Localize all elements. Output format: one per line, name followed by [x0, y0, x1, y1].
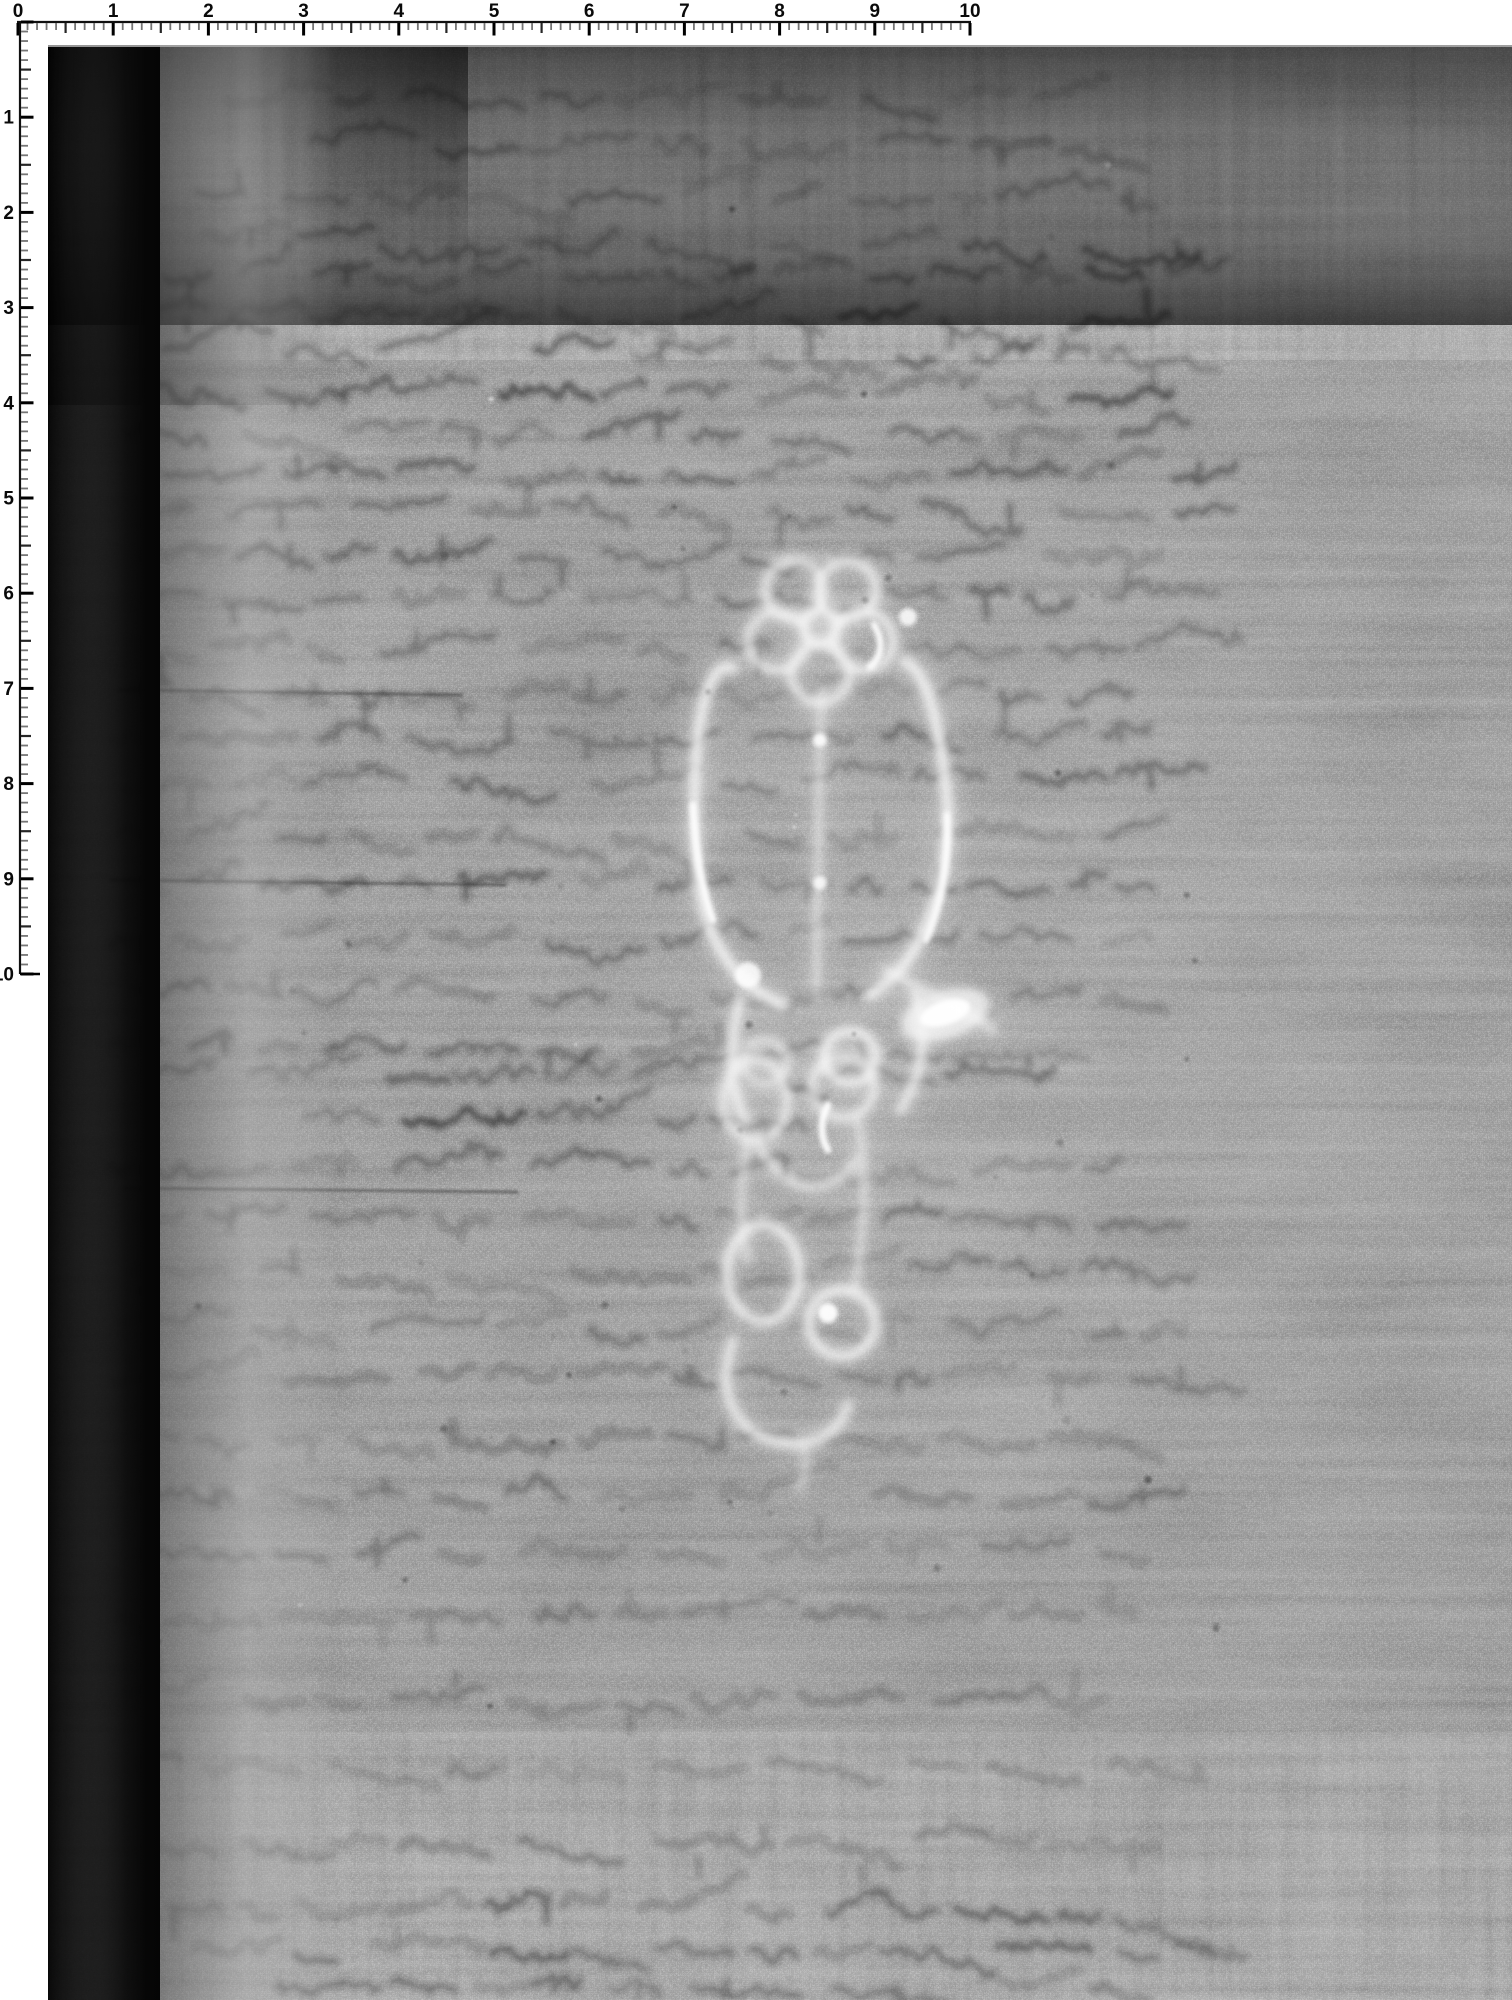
script-word — [388, 1075, 448, 1082]
script-word — [155, 504, 192, 513]
script-word — [618, 1703, 680, 1732]
script-word — [950, 85, 1012, 101]
watermark-shape — [727, 1225, 799, 1321]
watermark-shape — [813, 876, 827, 890]
watermark-shape — [824, 1031, 876, 1083]
script-word — [832, 1067, 879, 1078]
script-word — [618, 1594, 667, 1619]
watermark-glow — [695, 561, 997, 1489]
script-word — [1100, 1586, 1136, 1617]
script-word — [226, 82, 328, 106]
script-word — [1050, 1374, 1096, 1405]
script-word — [1071, 872, 1106, 887]
watermark-shape — [818, 561, 876, 619]
fleck — [990, 1825, 993, 1828]
script-word — [679, 1595, 796, 1618]
horizontal-fiber-streaks — [48, 45, 1512, 2000]
script-word — [886, 585, 948, 599]
script-word — [613, 835, 718, 871]
watermark-shape — [805, 612, 835, 642]
script-word — [558, 1051, 618, 1079]
watermark-shape — [809, 1290, 875, 1356]
script-word — [391, 1978, 456, 1992]
fleck — [1055, 770, 1061, 776]
script-word — [1026, 832, 1073, 841]
fleck — [1063, 1416, 1071, 1424]
script-word — [786, 319, 822, 352]
script-word — [285, 455, 383, 478]
script-word — [395, 540, 491, 564]
fleck — [552, 1334, 556, 1338]
script-word — [718, 597, 765, 607]
script-word — [830, 815, 896, 848]
script-word — [840, 305, 918, 319]
script-word — [1003, 1491, 1077, 1508]
watermark-shape — [900, 995, 922, 1110]
script-word — [1080, 450, 1161, 478]
watermark-shape — [816, 690, 822, 993]
script-word — [205, 1761, 298, 1777]
script-word — [640, 1857, 747, 1911]
ruler-left-number: 9 — [3, 869, 14, 890]
script-word — [507, 1475, 566, 1499]
script-word — [260, 1042, 298, 1051]
watermark-shape — [695, 667, 783, 1005]
script-word — [396, 1143, 500, 1170]
watermark-shape — [809, 1290, 875, 1356]
script-word — [533, 989, 605, 1006]
script-word — [791, 1324, 861, 1341]
script-word — [191, 1031, 231, 1051]
script-word — [1055, 337, 1089, 358]
script-word — [848, 507, 893, 521]
script-word — [1060, 510, 1151, 521]
script-word — [950, 195, 985, 215]
fleck — [619, 1506, 624, 1511]
fleck — [728, 1500, 733, 1505]
script-word — [1035, 75, 1107, 98]
script-word — [249, 1055, 359, 1079]
script-word — [848, 877, 881, 893]
watermark-shape — [798, 1445, 806, 1489]
script-word — [940, 321, 1032, 353]
script-word — [338, 95, 371, 105]
script-word — [714, 992, 822, 1013]
script-word — [910, 1253, 991, 1272]
watermark-shape — [870, 662, 947, 995]
script-word — [972, 138, 1050, 163]
script-word — [719, 1209, 800, 1230]
script-word — [824, 1246, 899, 1266]
script-word — [661, 1217, 696, 1230]
script-word — [951, 462, 1067, 476]
script-word — [877, 371, 977, 394]
watermark-shape — [917, 994, 974, 1033]
fleck — [1108, 462, 1115, 469]
script-word — [916, 1825, 1034, 1845]
script-word — [974, 1160, 1071, 1173]
center-light-patch — [48, 45, 1512, 2000]
fleck — [155, 1639, 161, 1645]
script-word — [1070, 389, 1172, 406]
watermark-shape — [886, 970, 993, 1030]
script-word — [538, 1049, 598, 1077]
fleck — [933, 1564, 940, 1571]
watermark-shape — [741, 1138, 748, 1260]
script-word — [146, 383, 246, 409]
script-word — [198, 1438, 249, 1456]
script-word — [235, 767, 299, 784]
watermark-shape — [926, 815, 947, 940]
watermark-shape — [854, 1120, 864, 1293]
script-word — [648, 239, 754, 274]
script-word — [241, 1904, 276, 1920]
fleck — [489, 1435, 493, 1439]
watermark-shape — [835, 612, 893, 670]
watermark-shape — [835, 612, 893, 670]
watermark-shape — [695, 667, 783, 1005]
fleck — [768, 1511, 773, 1516]
script-word — [401, 694, 472, 722]
script-word — [229, 501, 320, 528]
script-word — [1084, 248, 1200, 265]
bottom-left-corner-shadow — [48, 45, 468, 405]
script-word — [791, 918, 827, 932]
script-word — [603, 546, 723, 568]
script-word — [277, 683, 324, 703]
script-word — [963, 242, 1046, 267]
script-word — [162, 319, 271, 350]
fleck — [862, 597, 869, 604]
watermark-shape — [765, 561, 823, 619]
script-word — [536, 1605, 594, 1622]
script-word — [746, 1308, 779, 1323]
script-word — [1177, 505, 1234, 517]
script-word — [1176, 1941, 1247, 1959]
ruler-top-number: 0 — [13, 1, 24, 22]
script-word — [527, 229, 618, 254]
script-word — [405, 88, 524, 110]
script-word — [913, 868, 956, 893]
fleck — [438, 195, 444, 201]
script-word — [978, 1969, 1081, 1988]
fleck — [260, 596, 263, 599]
script-word — [477, 1984, 525, 1991]
script-word — [572, 1950, 646, 1971]
fleck — [1193, 959, 1198, 964]
watermark-shape — [791, 645, 849, 703]
fleck — [885, 575, 892, 582]
script-word — [664, 271, 698, 286]
script-word — [138, 1430, 178, 1439]
fleck — [1185, 1057, 1189, 1061]
script-word — [109, 1165, 216, 1178]
script-word — [448, 1765, 504, 1778]
script-word — [635, 340, 730, 363]
script-word — [655, 730, 717, 746]
script-word — [760, 385, 844, 402]
script-word — [774, 592, 863, 619]
fleck — [402, 1577, 407, 1582]
script-word — [1051, 1673, 1105, 1713]
script-word — [298, 225, 374, 235]
script-word — [979, 928, 1071, 941]
watermark-shape — [816, 690, 822, 993]
script-word — [435, 1215, 488, 1241]
script-word — [1025, 595, 1073, 613]
watermark-shape — [723, 1060, 787, 1140]
script-word — [509, 1698, 604, 1718]
light-fleck — [298, 1603, 301, 1606]
script-word — [495, 826, 606, 866]
fleck — [118, 1602, 120, 1604]
script-word — [798, 1169, 902, 1184]
watermark-shape — [760, 1145, 856, 1187]
script-word — [1104, 723, 1150, 742]
script-word — [666, 1427, 724, 1450]
script-word — [191, 861, 241, 880]
script-word — [852, 199, 930, 207]
script-word — [278, 835, 325, 842]
watermark-shape — [743, 1040, 787, 1084]
script-word — [939, 822, 1020, 834]
script-word — [183, 732, 296, 744]
script-word — [754, 459, 824, 475]
script-word — [326, 1037, 405, 1051]
script-word — [1102, 995, 1165, 1012]
script-word — [492, 1949, 567, 1961]
fleck — [441, 1426, 448, 1433]
fleck — [788, 515, 791, 518]
ruler-top-number: 10 — [959, 1, 980, 22]
fleck — [550, 1439, 555, 1444]
script-word — [743, 141, 846, 161]
script-word — [1062, 148, 1146, 170]
fleck — [1090, 593, 1094, 597]
watermark-shape — [870, 625, 880, 667]
fleck — [994, 1175, 998, 1179]
fleck — [137, 1287, 145, 1295]
ruler-left-number: 6 — [3, 584, 14, 605]
ink-flecks — [118, 162, 1220, 1922]
script-word — [302, 765, 406, 786]
script-word — [839, 1373, 881, 1382]
script-word — [806, 353, 883, 378]
script-word — [1069, 684, 1131, 705]
handwriting-layer — [109, 75, 1247, 2000]
script-word — [535, 334, 613, 354]
hairline — [118, 690, 463, 695]
script-word — [865, 96, 936, 121]
script-word — [742, 558, 824, 574]
script-word — [600, 472, 638, 483]
fleck — [558, 883, 563, 888]
watermark-shape — [732, 1000, 745, 1120]
script-word — [657, 1763, 745, 1775]
light-fleck — [488, 396, 493, 401]
script-word — [1105, 932, 1151, 944]
script-word — [844, 931, 957, 942]
ruler-left: 12345678910 — [0, 22, 40, 986]
script-word — [472, 485, 538, 515]
script-word — [508, 469, 587, 488]
watermark-shape — [748, 612, 806, 670]
script-word — [772, 437, 847, 453]
script-word — [1091, 1328, 1124, 1337]
script-word — [168, 1904, 221, 1937]
fleck — [737, 1127, 743, 1133]
ruler-left-number: 1 — [3, 108, 14, 129]
script-word — [584, 859, 646, 887]
script-word — [864, 227, 937, 247]
script-word — [140, 1843, 214, 1856]
script-word — [1092, 1983, 1151, 2000]
script-word — [1105, 567, 1218, 599]
script-word — [532, 1148, 650, 1167]
script-word — [395, 589, 466, 607]
fleck — [960, 384, 967, 391]
script-word — [1012, 987, 1079, 998]
ruler-top-number: 8 — [774, 1, 785, 22]
script-word — [523, 1540, 624, 1558]
script-word — [350, 933, 406, 948]
watermark-shape — [732, 1000, 745, 1120]
script-word — [140, 1546, 256, 1562]
script-word — [856, 473, 931, 490]
script-word — [658, 1942, 732, 1955]
script-word — [1021, 772, 1107, 786]
script-word — [148, 1061, 215, 1077]
script-word — [941, 1432, 1033, 1453]
script-word — [800, 1688, 901, 1704]
script-word — [315, 265, 370, 283]
script-word — [125, 779, 207, 813]
bottom-edge-vignette — [48, 45, 1512, 325]
watermark-shape — [760, 1145, 856, 1187]
script-word — [875, 1487, 971, 1503]
script-word — [891, 426, 978, 442]
script-word — [576, 677, 623, 702]
script-word — [454, 1064, 533, 1083]
script-word — [550, 729, 648, 757]
script-word — [661, 506, 727, 543]
watermark-shape — [822, 1105, 828, 1150]
script-word — [132, 1482, 230, 1506]
script-word — [573, 1268, 690, 1285]
script-word — [761, 357, 792, 370]
photo-top-hairline — [48, 45, 1512, 47]
ruler-left-number: 7 — [3, 679, 14, 700]
script-word — [996, 172, 1109, 198]
script-word — [1120, 413, 1190, 438]
script-word — [999, 427, 1080, 458]
light-fleck — [574, 1042, 577, 1045]
script-word — [468, 195, 573, 250]
script-word — [286, 1373, 388, 1384]
script-word — [836, 550, 892, 560]
script-word — [419, 375, 478, 388]
script-word — [119, 1614, 157, 1633]
ruler-left-number: 8 — [3, 774, 14, 795]
script-word — [936, 1687, 1047, 1703]
script-word — [922, 500, 1022, 535]
script-word — [1101, 346, 1219, 386]
script-word — [283, 197, 347, 203]
light-fleck — [794, 813, 797, 816]
script-word — [356, 692, 391, 726]
script-word — [1048, 642, 1125, 656]
fleck — [781, 1389, 788, 1396]
fleck — [1048, 234, 1055, 241]
script-word — [563, 1893, 606, 1905]
script-word — [165, 272, 210, 285]
script-word — [133, 980, 208, 996]
script-word — [1036, 1050, 1088, 1059]
script-word — [949, 1311, 1059, 1337]
script-word — [526, 637, 623, 650]
fleck — [1184, 892, 1190, 898]
script-word — [929, 995, 993, 1013]
script-word — [774, 243, 846, 263]
script-word — [662, 922, 757, 946]
script-word — [277, 1552, 327, 1563]
script-word — [405, 1108, 526, 1126]
script-word — [432, 929, 513, 944]
script-word — [165, 1611, 259, 1629]
script-word — [996, 701, 1085, 745]
script-word — [949, 1214, 1070, 1231]
watermark-bright-cores — [693, 608, 973, 1323]
script-word — [1115, 884, 1153, 892]
script-word — [1045, 549, 1161, 566]
script-word — [999, 692, 1041, 704]
script-word — [634, 1023, 728, 1056]
script-word — [1101, 1550, 1147, 1563]
script-word — [162, 467, 262, 479]
fleck — [343, 939, 349, 945]
script-word — [1087, 267, 1143, 280]
script-word — [165, 1348, 258, 1378]
fleck — [487, 1703, 492, 1708]
script-word — [520, 1839, 622, 1864]
script-word — [132, 657, 170, 690]
script-word — [1119, 1951, 1158, 1961]
script-word — [723, 784, 776, 794]
handwriting-and-watermark — [48, 45, 1512, 2000]
script-word — [750, 1949, 796, 1963]
script-word — [118, 827, 159, 835]
mottle-dark-texture — [48, 45, 1512, 2000]
script-word — [372, 1316, 483, 1329]
script-word — [917, 543, 1004, 560]
script-word — [1136, 624, 1242, 647]
script-word — [138, 1753, 180, 1766]
script-word — [323, 377, 416, 403]
script-word — [748, 1906, 790, 1921]
script-word — [460, 873, 547, 898]
script-word — [434, 1495, 486, 1510]
script-word — [909, 642, 1020, 659]
script-word — [528, 1766, 623, 1783]
script-word — [246, 1698, 303, 1712]
script-word — [947, 1055, 1054, 1081]
script-word — [884, 725, 961, 752]
watermark-shape — [812, 1056, 874, 1118]
script-word — [1100, 1222, 1186, 1231]
script-word — [804, 647, 865, 660]
script-word — [601, 379, 644, 398]
script-word — [277, 1980, 381, 1994]
